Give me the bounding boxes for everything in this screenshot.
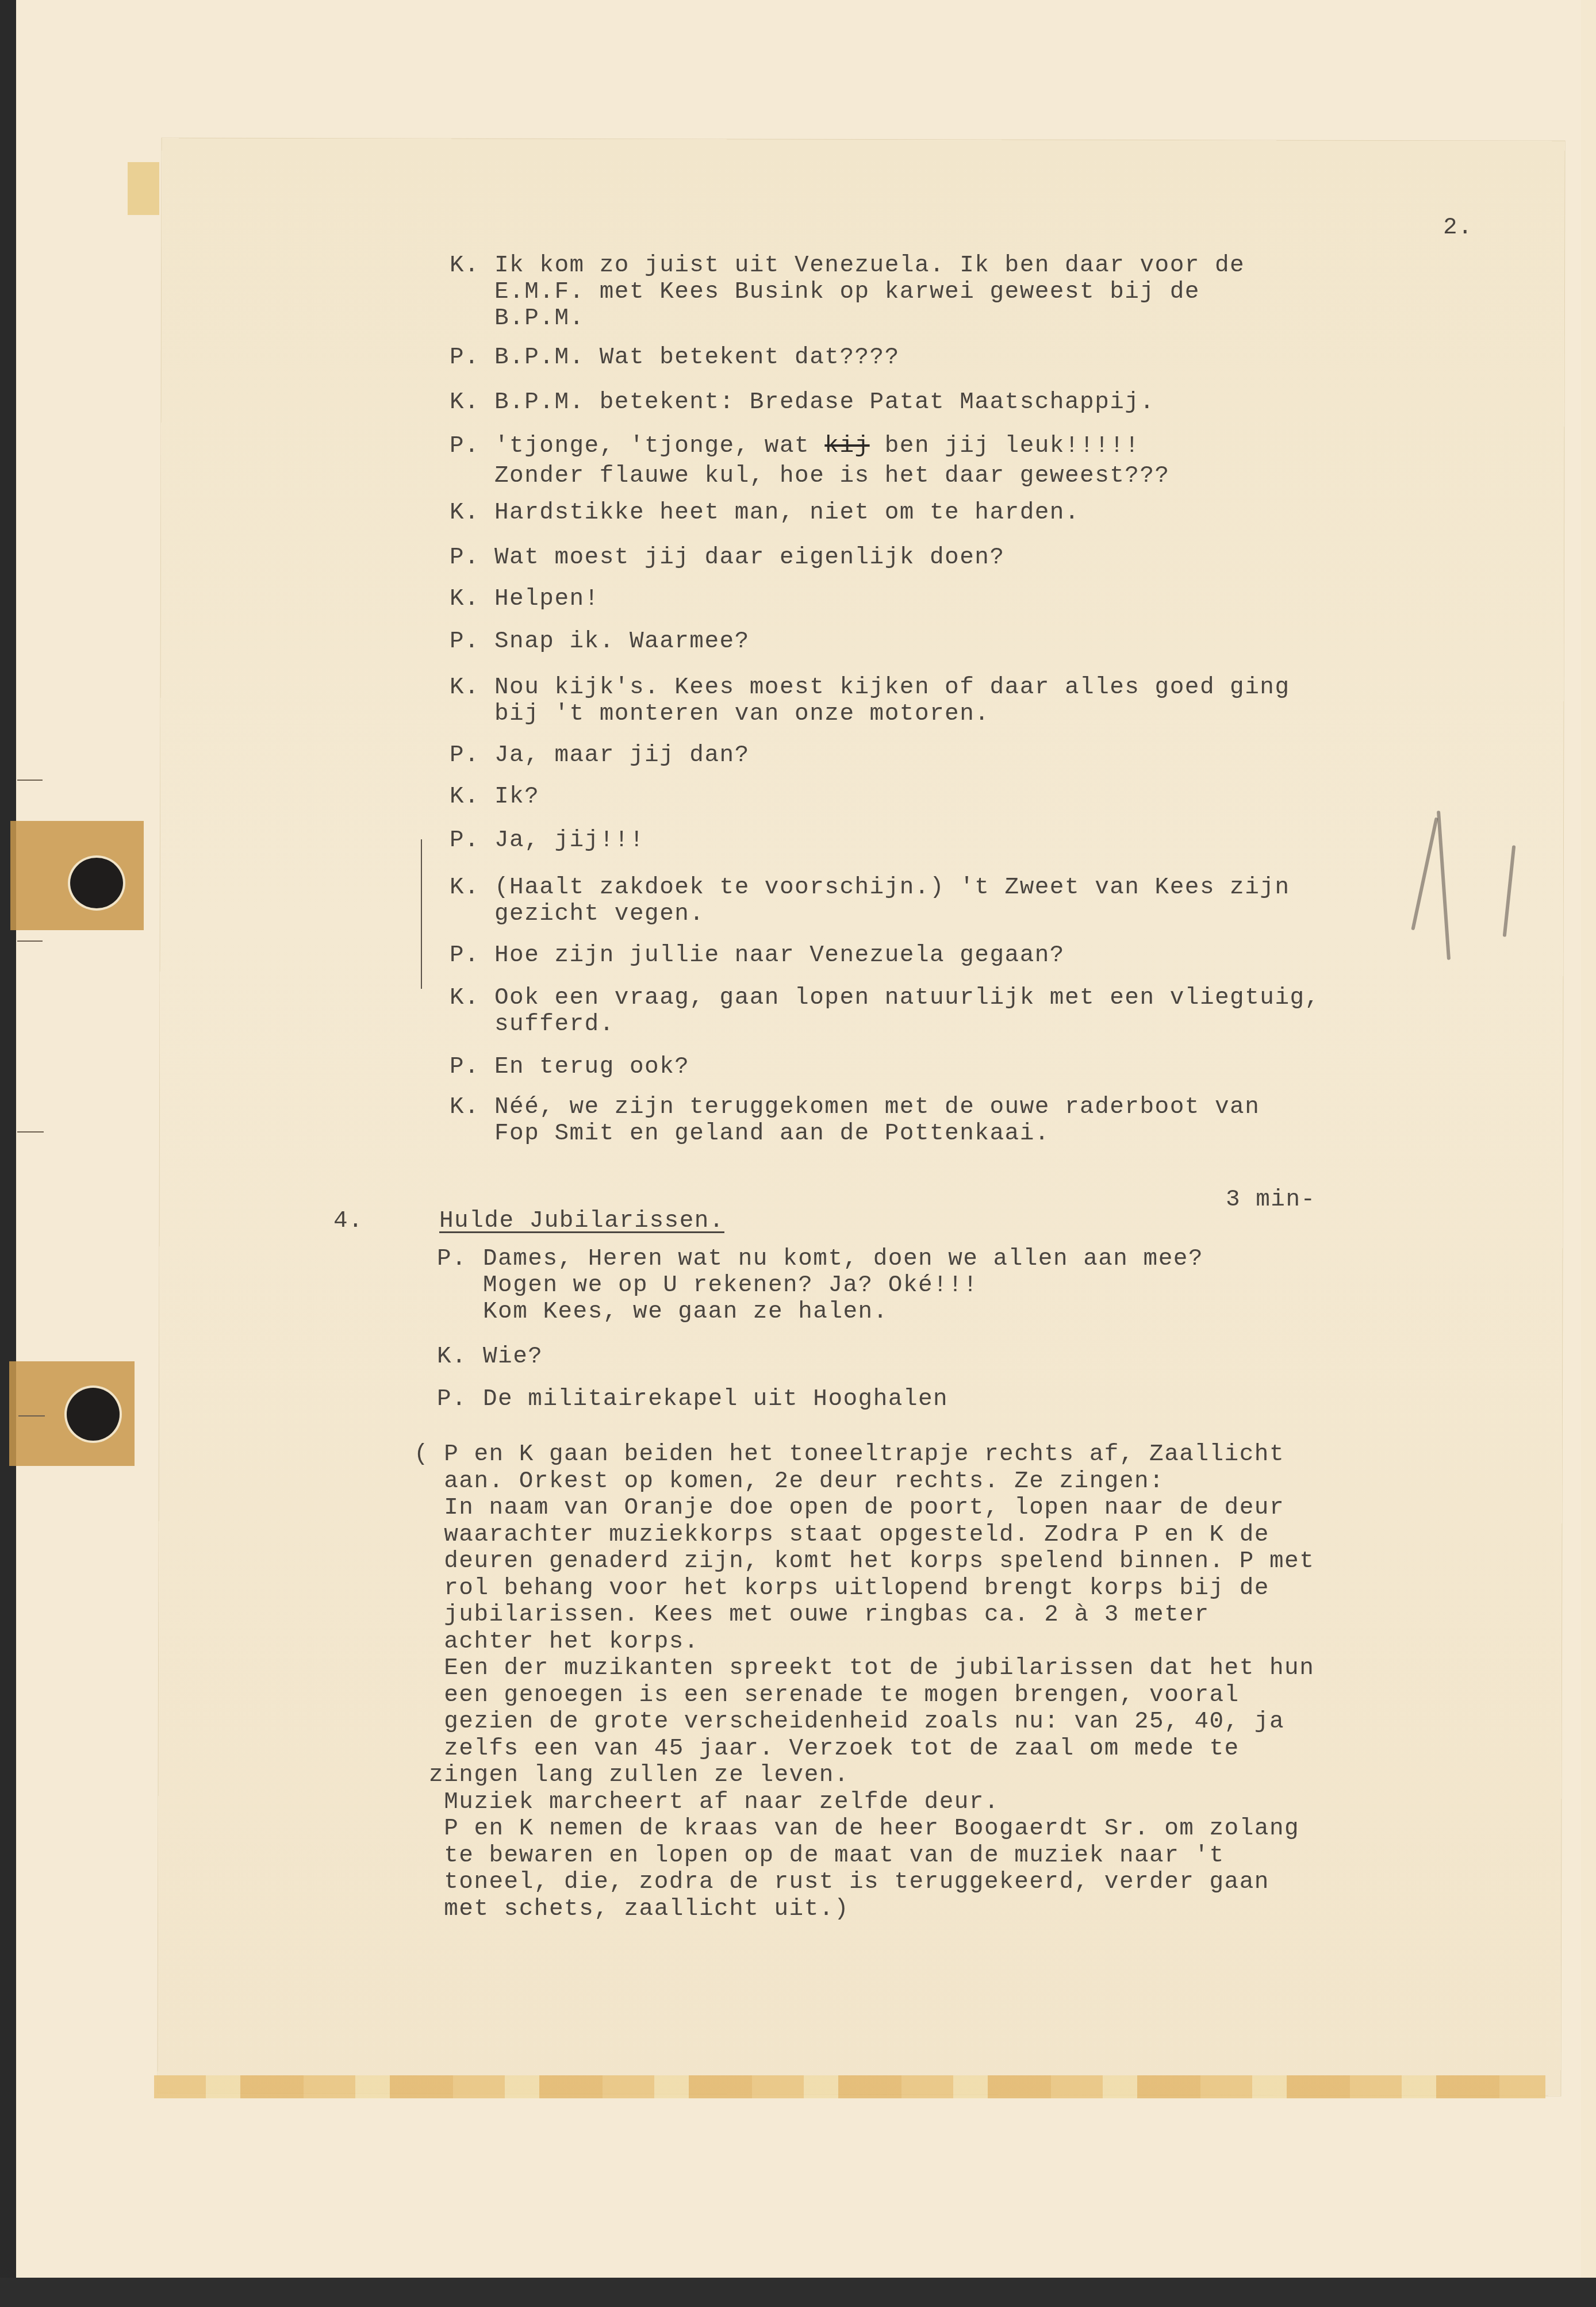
stage-direction-line: met schets, zaallicht uit.)	[414, 1895, 849, 1924]
scan-border-bottom	[0, 2278, 1596, 2307]
margin-tick	[17, 780, 43, 781]
margin-tick	[17, 941, 43, 942]
dialogue-line: Snap ik. Waarmee?	[494, 628, 750, 656]
speaker-label: P.	[450, 432, 479, 460]
dialogue-line: B.P.M. betekent: Bredase Patat Maatschap…	[494, 389, 1155, 417]
dialogue-line: Zonder flauwe kul, hoe is het daar gewee…	[494, 462, 1170, 490]
stage-direction-line: aan. Orkest op komen, 2e deur rechts. Ze…	[414, 1468, 1164, 1496]
dialogue-line: gezicht vegen.	[494, 900, 704, 928]
dialogue-line: Dames, Heren wat nu komt, doen we allen …	[483, 1245, 1203, 1273]
speaker-label: K.	[450, 783, 479, 811]
margin-bracket-line	[421, 839, 422, 989]
speaker-label: P.	[437, 1245, 467, 1273]
dialogue-line: bij 't monteren van onze motoren.	[494, 700, 989, 728]
struck-word: kij	[824, 433, 869, 459]
dialogue-line: Ik?	[494, 783, 539, 811]
speaker-label: K.	[450, 585, 479, 613]
dialogue-line: Ik kom zo juist uit Venezuela. Ik ben da…	[494, 252, 1245, 280]
dialogue-line: En terug ook?	[494, 1053, 689, 1081]
speaker-label: K.	[450, 874, 479, 902]
section-title: Hulde Jubilarissen.	[439, 1207, 724, 1235]
dialogue-line: (Haalt zakdoek te voorschijn.) 't Zweet …	[494, 874, 1290, 902]
speaker-label: P.	[450, 344, 479, 372]
stage-direction-line: In naam van Oranje doe open de poort, lo…	[414, 1494, 1284, 1522]
speaker-label: P.	[450, 742, 479, 770]
dialogue-line: Néé, we zijn teruggekomen met de ouwe ra…	[494, 1093, 1260, 1122]
stage-direction-line: gezien de grote verscheidenheid zoals nu…	[414, 1708, 1284, 1736]
dialogue-line: Wie?	[483, 1343, 543, 1371]
stage-direction-line: P en K nemen de kraas van de heer Boogae…	[414, 1815, 1299, 1843]
stage-direction-line: Een der muzikanten spreekt tot de jubila…	[414, 1655, 1314, 1683]
binding-hole-upper-icon	[70, 858, 123, 908]
stage-direction-line: zingen lang zullen ze leven.	[414, 1761, 849, 1790]
speaker-label: K.	[450, 1093, 479, 1122]
dialogue-text: 'tjonge, 'tjonge, wat	[494, 433, 824, 459]
speaker-label: P.	[450, 942, 479, 970]
stage-direction-line: Muziek marcheert af naar zelfde deur.	[414, 1788, 999, 1817]
dialogue-line: Hardstikke heet man, niet om te harden.	[494, 499, 1080, 527]
dialogue-line: Ook een vraag, gaan lopen natuurlijk met…	[494, 984, 1320, 1012]
dialogue-line: sufferd.	[494, 1011, 615, 1039]
page-number: 2.	[1443, 214, 1473, 242]
dialogue-text: ben jij leuk!!!!!	[870, 433, 1140, 459]
dialogue-line: 'tjonge, 'tjonge, wat kij ben jij leuk!!…	[494, 432, 1140, 460]
dialogue-line: Hoe zijn jullie naar Venezuela gegaan?	[494, 942, 1065, 970]
dialogue-line: B.P.M. Wat betekent dat????	[494, 344, 900, 372]
stage-direction-line: waarachter muziekkorps staat opgesteld. …	[414, 1521, 1269, 1549]
stage-direction-line: zelfs een van 45 jaar. Verzoek tot de za…	[414, 1735, 1240, 1763]
dialogue-line: Wat moest jij daar eigenlijk doen?	[494, 544, 1005, 572]
stage-direction-line: te bewaren en lopen op de maat van de mu…	[414, 1842, 1225, 1870]
margin-tick	[17, 1131, 44, 1133]
binding-hole-lower-icon	[67, 1388, 120, 1441]
dialogue-line: B.P.M.	[494, 305, 585, 333]
speaker-label: K.	[437, 1343, 467, 1371]
dialogue-line: Fop Smit en geland aan de Pottenkaai.	[494, 1120, 1050, 1148]
stage-direction-line: een genoegen is een serenade te mogen br…	[414, 1682, 1240, 1710]
stage-direction-line: jubilarissen. Kees met ouwe ringbas ca. …	[414, 1601, 1210, 1629]
dialogue-line: Kom Kees, we gaan ze halen.	[483, 1298, 888, 1326]
tape-strip-top	[128, 162, 159, 215]
speaker-label: K.	[450, 499, 479, 527]
speaker-label: K.	[450, 389, 479, 417]
dialogue-line: E.M.F. met Kees Busink op karwei geweest…	[494, 278, 1200, 306]
dialogue-line: Ja, maar jij dan?	[494, 742, 750, 770]
margin-tick	[18, 1415, 45, 1417]
section-duration: 3 min-	[1226, 1186, 1316, 1214]
speaker-label: P.	[450, 1053, 479, 1081]
speaker-label: K.	[450, 984, 479, 1012]
scan-border-left	[0, 0, 16, 2307]
speaker-label: P.	[450, 628, 479, 656]
stage-direction-line: deuren genaderd zijn, komt het korps spe…	[414, 1548, 1314, 1576]
tape-strip-bottom	[154, 2075, 1545, 2098]
section-number: 4.	[333, 1207, 363, 1235]
speaker-label: P.	[437, 1385, 467, 1414]
stage-direction-line: toneel, die, zodra de rust is teruggekee…	[414, 1868, 1269, 1897]
stage-direction-line: ( P en K gaan beiden het toneeltrapje re…	[414, 1441, 1284, 1469]
stage-direction-line: rol behang voor het korps uitlopend bren…	[414, 1575, 1269, 1603]
dialogue-line: Helpen!	[494, 585, 600, 613]
dialogue-line: Nou kijk's. Kees moest kijken of daar al…	[494, 674, 1290, 702]
speaker-label: P.	[450, 827, 479, 855]
speaker-label: K.	[450, 674, 479, 702]
speaker-label: K.	[450, 252, 479, 280]
speaker-label: P.	[450, 544, 479, 572]
dialogue-line: De militairekapel uit Hooghalen	[483, 1385, 948, 1414]
dialogue-line: Mogen we op U rekenen? Ja? Oké!!!	[483, 1272, 978, 1300]
dialogue-line: Ja, jij!!!	[494, 827, 644, 855]
stage-direction-line: achter het korps.	[414, 1628, 699, 1656]
